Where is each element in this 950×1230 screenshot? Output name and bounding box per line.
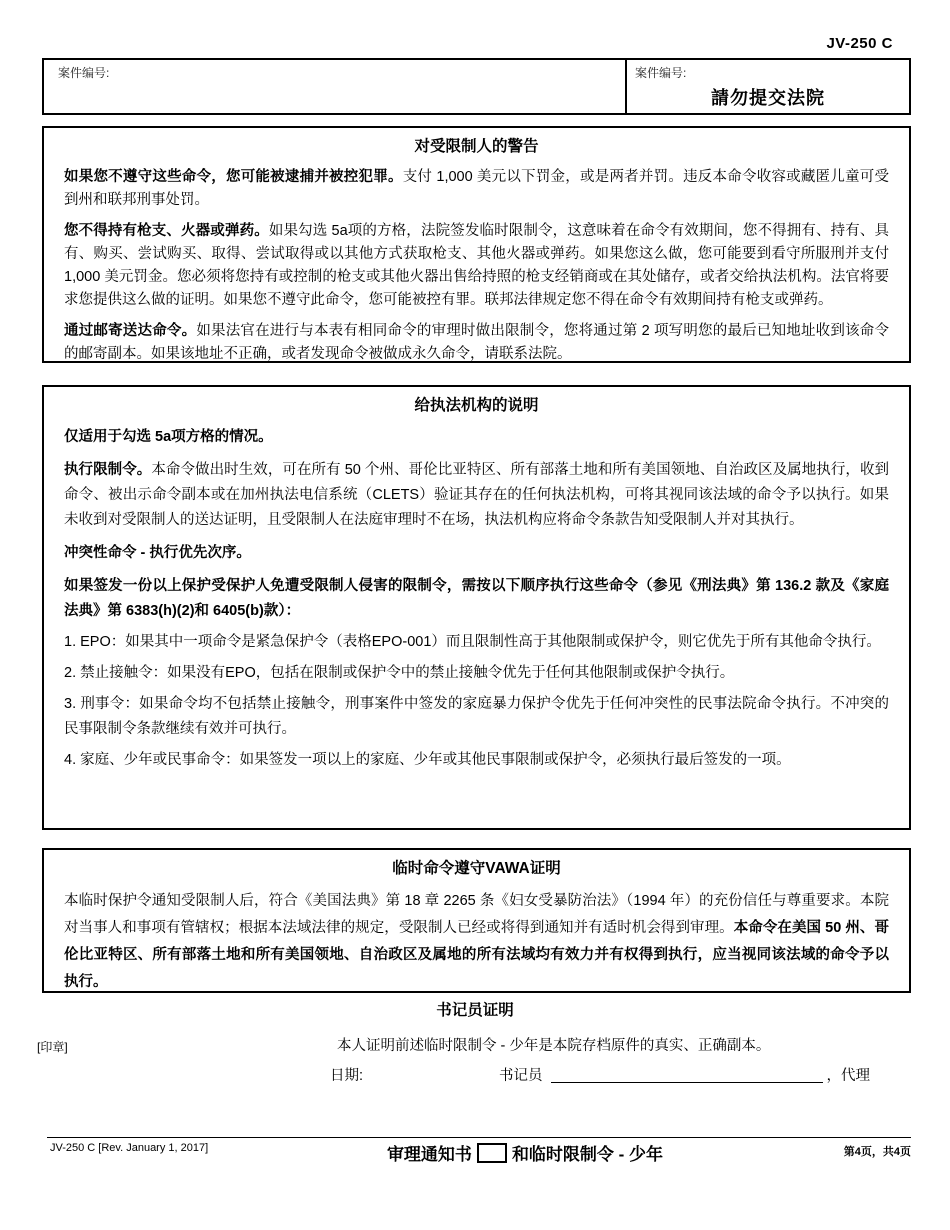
- enforce-paragraph: 执行限制令。本命令做出时生效，可在所有 50 个州、哥伦比亚特区、所有部落土地和…: [64, 458, 889, 533]
- seal-placeholder: [印章]: [37, 1038, 68, 1055]
- form-number: JV-250 C: [826, 35, 893, 52]
- vawa-box-title: 临时命令遵守VAWA证明: [64, 857, 889, 880]
- law-enforcement-box-title: 给执法机构的说明: [64, 394, 889, 417]
- deputy-suffix: ，代理: [827, 1064, 871, 1085]
- case-number-label-right: 案件编号:: [635, 64, 901, 81]
- clerk-signature-row: 日期: 书记员 ，代理: [330, 1063, 870, 1085]
- case-number-cell-left: 案件编号:: [44, 60, 627, 113]
- footer-rule: [47, 1137, 911, 1138]
- footer-title-after: 和临时限制令 - 少年: [512, 1140, 663, 1165]
- priority-item-4: 4. 家庭、少年或民事命令：如果签发一项以上的家庭、少年或其他民事限制或保护令，…: [64, 748, 889, 773]
- warning-paragraph-3-lead: 通过邮寄送达命令。: [64, 323, 196, 339]
- applies-note: 仅适用于勾选 5a项方格的情况。: [64, 425, 889, 450]
- warning-paragraph-1-lead: 如果您不遵守这些命令，您可能被逮捕并被控犯罪。: [64, 169, 403, 185]
- enforce-paragraph-text: 本命令做出时生效，可在所有 50 个州、哥伦比亚特区、所有部落土地和所有美国领地…: [64, 462, 889, 528]
- priority-item-1: 1. EPO：如果其中一项命令是紧急保护令（表格EPO-001）而且限制性高于其…: [64, 630, 889, 655]
- date-field[interactable]: [363, 1067, 495, 1085]
- priority-intro: 如果签发一份以上保护受保护人免遭受限制人侵害的限制令，需按以下顺序执行这些命令（…: [64, 574, 889, 624]
- conflict-heading: 冲突性命令 - 执行优先次序。: [64, 541, 889, 566]
- clerk-statement: 本人证明前述临时限制令 - 少年是本院存档原件的真实、正确副本。: [337, 1034, 770, 1055]
- priority-item-2: 2. 禁止接触令：如果没有EPO，包括在限制或保护令中的禁止接触令优先于任何其他…: [64, 661, 889, 686]
- vawa-paragraph: 本临时保护令通知受限制人后，符合《美国法典》第 18 章 2265 条《妇女受暴…: [64, 888, 889, 993]
- case-number-field-left[interactable]: [58, 81, 617, 111]
- clerk-label: 书记员: [499, 1064, 543, 1085]
- page-number: 第4页，共4页: [844, 1143, 911, 1159]
- priority-item-3: 3. 刑事令：如果命令均不包括禁止接触令，刑事案件中签发的家庭暴力保护令优先于任…: [64, 692, 889, 742]
- date-label: 日期:: [330, 1064, 363, 1085]
- case-number-field-right[interactable]: [635, 110, 901, 111]
- law-enforcement-box: 给执法机构的说明 仅适用于勾选 5a项方格的情况。 执行限制令。本命令做出时生效…: [42, 385, 911, 830]
- vawa-box: 临时命令遵守VAWA证明 本临时保护令通知受限制人后，符合《美国法典》第 18 …: [42, 848, 911, 993]
- form-page: JV-250 C 案件编号: 案件编号: 請勿提交法院 对受限制人的警告 如果您…: [0, 0, 950, 1230]
- case-number-cell-right: 案件编号: 請勿提交法院: [627, 60, 909, 113]
- warning-paragraph-2-lead: 您不得持有枪支、火器或弹药。: [64, 223, 269, 239]
- do-not-file-notice: 請勿提交法院: [635, 84, 901, 110]
- enforce-paragraph-lead: 执行限制令。: [64, 462, 151, 478]
- footer-form-title: 审理通知书 和临时限制令 - 少年: [50, 1140, 950, 1165]
- warning-box: 对受限制人的警告 如果您不遵守这些命令，您可能被逮捕并被控犯罪。支付 1,000…: [42, 126, 911, 363]
- warning-box-title: 对受限制人的警告: [64, 135, 889, 158]
- warning-paragraph-1: 如果您不遵守这些命令，您可能被逮捕并被控犯罪。支付 1,000 美元以下罚金，或…: [64, 166, 889, 212]
- clerk-signature-line[interactable]: [551, 1065, 823, 1083]
- case-number-header: 案件编号: 案件编号: 請勿提交法院: [42, 58, 911, 115]
- clerk-certification-title: 书记员证明: [0, 998, 950, 1020]
- case-number-label-left: 案件编号:: [58, 64, 617, 81]
- warning-paragraph-2: 您不得持有枪支、火器或弹药。如果勾选 5a项的方格，法院签发临时限制令，这意味着…: [64, 220, 889, 312]
- warning-paragraph-3: 通过邮寄送达命令。如果法官在进行与本表有相同命令的审理时做出限制令，您将通过第 …: [64, 320, 889, 363]
- footer-title-before: 审理通知书: [387, 1140, 472, 1165]
- hearing-notice-checkbox[interactable]: [477, 1143, 507, 1163]
